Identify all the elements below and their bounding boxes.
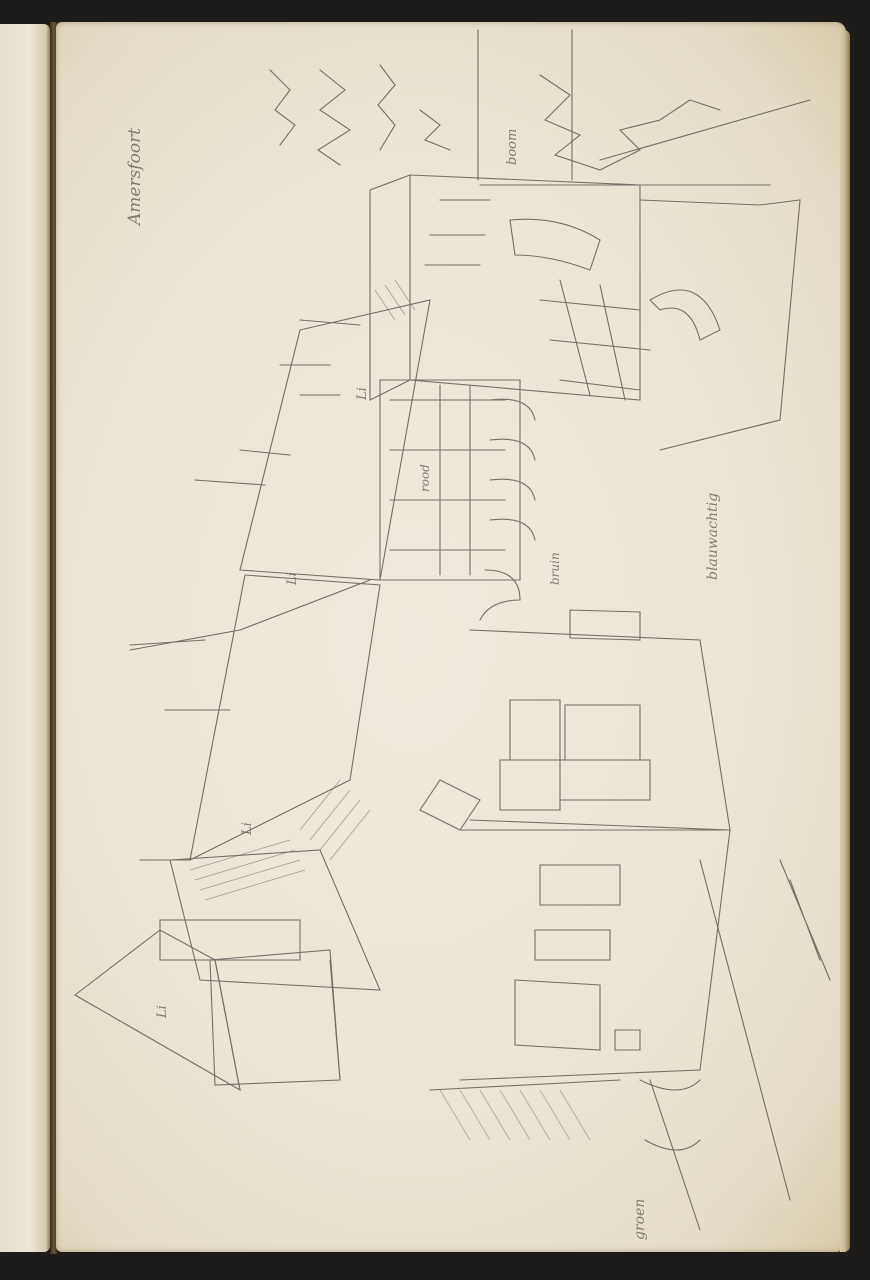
annotation-roof-1: Li xyxy=(355,387,370,400)
annotation-top: boom xyxy=(505,129,520,165)
annotation-place: Amersfoort xyxy=(125,128,145,225)
annotation-roof-4: Li xyxy=(155,1005,170,1018)
annotation-wall: bruin xyxy=(548,552,562,585)
annotation-roof-2: Li xyxy=(285,572,300,585)
annotation-roof-3: Li xyxy=(240,822,255,835)
annotation-right-side: blauwachtig xyxy=(705,493,721,580)
annotation-gallery: rood xyxy=(418,464,432,492)
annotation-bottom: groen xyxy=(632,1199,648,1240)
